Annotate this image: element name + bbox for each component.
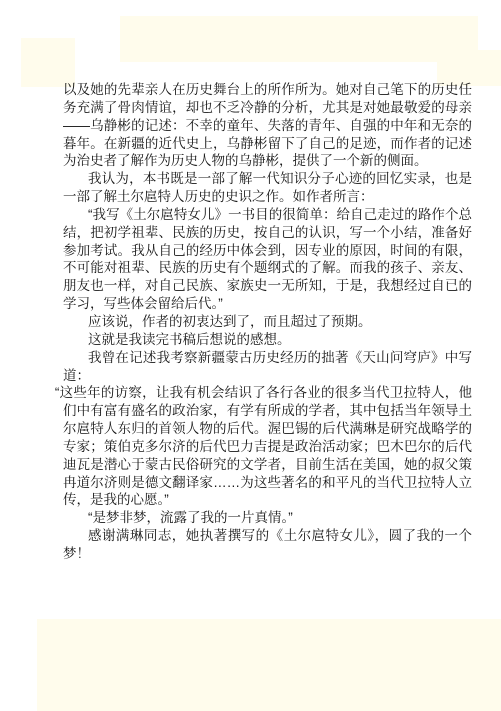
paragraph: 我认为，本书既是一部了解一代知识分子心迹的回忆实录，也是一部了解土尔扈特人历史的… [63, 170, 472, 206]
paragraph: “这些年的访察，让我有机会结识了各行各业的很多当代卫拉特人，他们中有富有盛名的政… [63, 384, 472, 509]
scan-artifact [21, 38, 75, 87]
book-page: 以及她的先辈亲人在历史舞台上的所作所为。她对自己笔下的历史任务充满了骨肉情谊，却… [0, 0, 501, 711]
paragraph: 感谢满琳同志，她执著撰写的《土尔扈特女儿》，圆了我的一个梦！ [63, 527, 472, 563]
paragraph: 我曾在记述我考察新疆蒙古历史经历的拙著《天山问穹庐》中写道： [63, 349, 472, 385]
paragraph: 应该说，作者的初衷达到了，而且超过了预期。 [63, 313, 472, 331]
paragraph: “我写《土尔扈特女儿》一书目的很简单：给自己走过的路作个总结，把初学祖辈、民族的… [63, 206, 472, 313]
paragraph: 这就是我读完书稿后想说的感想。 [63, 331, 472, 349]
scan-artifact [37, 619, 501, 711]
preface-text-block: 以及她的先辈亲人在历史舞台上的所作所为。她对自己笔下的历史任务充满了骨肉情谊，却… [63, 81, 472, 563]
scan-artifact [120, 16, 478, 62]
paragraph: “是梦非梦，流露了我的一片真情。” [63, 509, 472, 527]
paragraph: 以及她的先辈亲人在历史舞台上的所作所为。她对自己笔下的历史任务充满了骨肉情谊，却… [63, 81, 472, 170]
